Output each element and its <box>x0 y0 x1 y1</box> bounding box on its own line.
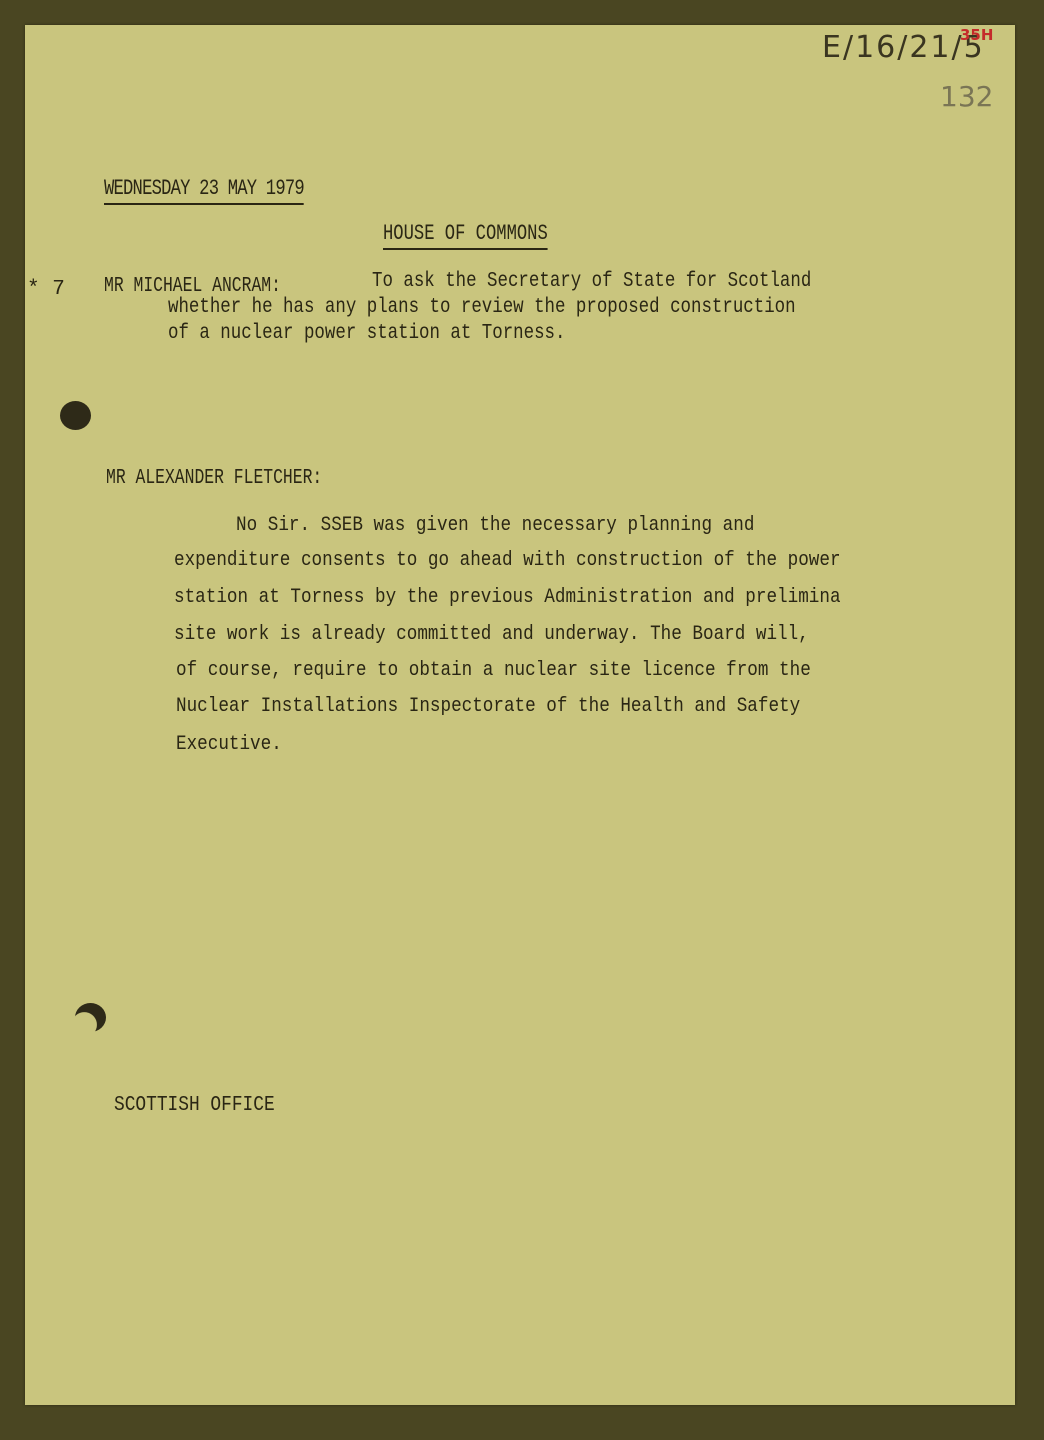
department-footer: SCOTTISH OFFICE <box>114 1094 275 1117</box>
answer-line: Nuclear Installations Inspectorate of th… <box>176 695 800 718</box>
answer-line: No Sir. SSEB was given the necessary pla… <box>236 514 754 537</box>
answer-line: of course, require to obtain a nuclear s… <box>176 659 811 682</box>
chamber-heading: HOUSE OF COMMONS <box>383 221 548 250</box>
punch-hole-bottom <box>75 1003 106 1032</box>
answer-speaker: MR ALEXANDER FLETCHER: <box>106 467 322 490</box>
question-line: To ask the Secretary of State for Scotla… <box>372 270 811 293</box>
answer-line: site work is already committed and under… <box>174 623 809 646</box>
answer-line: expenditure consents to go ahead with co… <box>174 549 841 572</box>
question-line: of a nuclear power station at Torness. <box>168 322 565 345</box>
question-marker: * 7 <box>27 278 65 301</box>
punch-hole-top <box>60 401 91 430</box>
archive-red-mark: 35H <box>960 26 993 44</box>
document-date: WEDNESDAY 23 MAY 1979 <box>104 176 304 205</box>
question-line: whether he has any plans to review the p… <box>168 296 796 319</box>
answer-line: Executive. <box>176 733 282 756</box>
question-asker: MR MICHAEL ANCRAM: <box>104 275 281 298</box>
answer-line: station at Torness by the previous Admin… <box>174 586 841 609</box>
folio-number: 132 <box>940 80 993 113</box>
